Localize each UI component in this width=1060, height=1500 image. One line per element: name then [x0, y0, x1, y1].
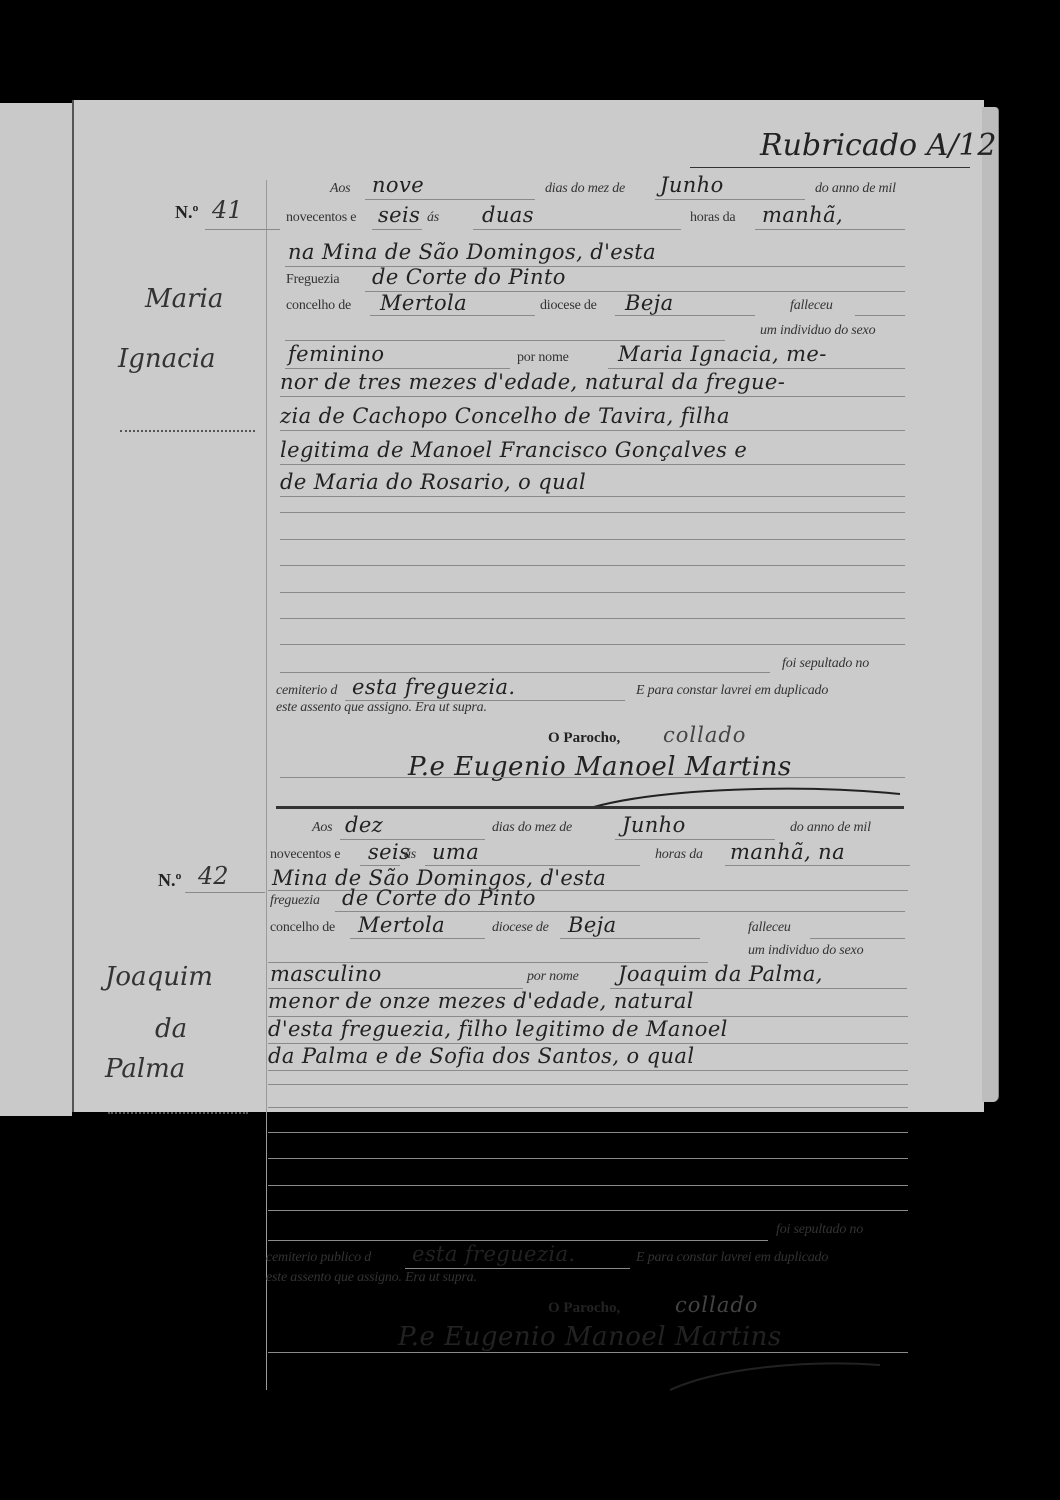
rule — [280, 430, 905, 431]
field-sex: feminino — [288, 342, 384, 366]
field-day: nove — [372, 173, 424, 197]
record-number-label: N.º — [175, 202, 198, 223]
margin-name-last: Ignacia — [118, 344, 216, 374]
field-period: manhã, — [762, 203, 843, 227]
field-place: na Mina de São Domingos, d'esta — [288, 240, 656, 264]
printed-cemiterio: cemiterio d — [276, 683, 337, 699]
field-body-line: nor de tres mezes d'edade, natural da fr… — [280, 370, 785, 394]
field-cemiterio: esta freguezia. — [352, 675, 515, 699]
field-sex: masculino — [270, 962, 382, 986]
rule — [280, 592, 905, 593]
parocho-label: O Parocho, — [548, 1300, 620, 1317]
rule — [268, 1185, 908, 1186]
printed-horas-da: horas da — [655, 847, 703, 863]
folio-number: A/12 — [927, 128, 997, 163]
field-body-line: menor de onze mezes d'edade, natural — [268, 989, 694, 1013]
field-body-line: d'esta freguezia, filho legitimo de Mano… — [268, 1017, 728, 1041]
rule — [280, 672, 770, 673]
printed-aos: Aos — [312, 820, 332, 836]
printed-do-anno: do anno de mil — [790, 820, 871, 836]
rule — [268, 1158, 908, 1159]
rule — [280, 396, 905, 397]
margin-rule — [266, 180, 267, 1390]
rule — [280, 464, 905, 465]
number-underline — [185, 892, 265, 893]
margin-name-first: Joaquim — [105, 962, 213, 992]
field-freguezia: de Corte do Pinto — [342, 886, 536, 910]
printed-concelho: concelho de — [270, 920, 335, 936]
field-body-line: zia de Cachopo Concelho de Tavira, filha — [280, 404, 730, 428]
margin-flourish — [108, 1110, 248, 1114]
record-number: 42 — [198, 862, 229, 890]
field-body-line: de Maria do Rosario, o qual — [280, 470, 586, 494]
rule — [608, 368, 905, 369]
field-concelho: Mertola — [380, 291, 467, 315]
rule — [280, 618, 905, 619]
rule — [473, 229, 681, 230]
folio-mark: Rubricado A/12 — [760, 128, 997, 163]
printed-diocese: diocese de — [492, 920, 549, 936]
printed-individuo: um individuo do sexo — [748, 943, 863, 959]
printed-assento: este assento que assigno. Era ut supra. — [266, 1270, 477, 1286]
page-edge — [982, 107, 999, 1102]
rule — [268, 1070, 908, 1071]
margin-name-first: Maria — [145, 284, 223, 314]
field-name: Joaquim da Palma, — [618, 962, 823, 986]
rule — [405, 1268, 630, 1269]
rule — [268, 1352, 908, 1353]
rule — [280, 565, 905, 566]
rule — [350, 938, 485, 939]
printed-novecentos: novecentos e — [270, 847, 340, 863]
printed-concelho: concelho de — [286, 298, 351, 314]
printed-dias-do-mez: dias do mez de — [492, 820, 572, 836]
margin-name-middle: da — [155, 1014, 187, 1044]
printed-falleceu: falleceu — [748, 920, 791, 936]
printed-constar: E para constar lavrei em duplicado — [636, 683, 828, 699]
rule — [268, 1132, 908, 1133]
folio-label: Rubricado — [760, 128, 917, 163]
rule — [280, 777, 905, 778]
field-body-line: legitima de Manoel Francisco Gonçalves e — [280, 438, 747, 462]
rule — [280, 539, 905, 540]
printed-foi-sepultado: foi sepultado no — [776, 1222, 863, 1238]
rule — [268, 1210, 908, 1211]
printed-diocese: diocese de — [540, 298, 597, 314]
printed-novecentos: novecentos e — [286, 210, 356, 226]
printed-foi-sepultado: foi sepultado no — [782, 656, 869, 672]
field-diocese: Beja — [568, 913, 617, 937]
field-freguezia: de Corte do Pinto — [372, 265, 566, 289]
record-number-label: N.º — [158, 870, 181, 891]
field-month: Junho — [622, 813, 686, 837]
field-hour: uma — [432, 840, 479, 864]
parocho-label: O Parocho, — [548, 730, 620, 747]
record-divider — [276, 806, 904, 809]
rule — [755, 229, 905, 230]
field-concelho: Mertola — [358, 913, 445, 937]
rule — [810, 938, 905, 939]
printed-assento: este assento que assigno. Era ut supra. — [276, 700, 487, 716]
printed-falleceu: falleceu — [790, 298, 833, 314]
rule — [335, 911, 905, 912]
printed-freguezia: Freguezia — [286, 272, 339, 288]
rule — [370, 315, 535, 316]
rule — [280, 644, 905, 645]
printed-horas-da: horas da — [690, 210, 735, 226]
printed-as: ás — [427, 210, 439, 226]
field-body-line: da Palma e de Sofia dos Santos, o qual — [268, 1044, 694, 1068]
rule — [285, 340, 725, 341]
rule — [268, 1107, 908, 1108]
signature: P.e Eugenio Manoel Martins — [398, 1322, 782, 1352]
printed-por-nome: por nome — [527, 969, 579, 985]
rule — [560, 938, 700, 939]
printed-dias-do-mez: dias do mez de — [545, 181, 625, 197]
printed-aos: Aos — [330, 181, 350, 197]
rule — [725, 865, 910, 866]
printed-cemiterio: cemiterio publico d — [266, 1250, 371, 1266]
margin-name-last: Palma — [105, 1054, 185, 1084]
rule — [372, 229, 422, 230]
parocho-title: collado — [675, 1293, 758, 1317]
field-diocese: Beja — [625, 291, 674, 315]
field-name: Maria Ignacia, me- — [618, 342, 827, 366]
rule — [280, 496, 905, 497]
field-month: Junho — [660, 173, 724, 197]
margin-flourish — [120, 428, 255, 432]
printed-individuo: um individuo do sexo — [760, 323, 875, 339]
number-underline — [205, 229, 280, 230]
printed-do-anno: do anno de mil — [815, 181, 896, 197]
signature-flourish — [660, 1355, 890, 1395]
printed-as: ás — [404, 847, 416, 863]
field-cemiterio: esta freguezia. — [412, 1242, 575, 1266]
rule — [615, 315, 755, 316]
rule — [280, 512, 905, 513]
printed-constar: E para constar lavrei em duplicado — [636, 1250, 828, 1266]
field-period: manhã, na — [730, 840, 845, 864]
folio-underline — [690, 167, 970, 168]
printed-freguezia: freguezia — [270, 893, 320, 909]
rule — [855, 315, 905, 316]
printed-por-nome: por nome — [517, 350, 569, 366]
field-day: dez — [345, 813, 383, 837]
rule — [268, 1240, 768, 1241]
parocho-title: collado — [663, 723, 746, 747]
rule — [365, 199, 535, 200]
rule — [285, 368, 510, 369]
field-hour: duas — [482, 203, 534, 227]
field-year: seis — [378, 203, 420, 227]
record-number: 41 — [212, 196, 243, 224]
rule — [268, 1084, 908, 1085]
rule — [655, 199, 805, 200]
left-page — [0, 103, 72, 1116]
